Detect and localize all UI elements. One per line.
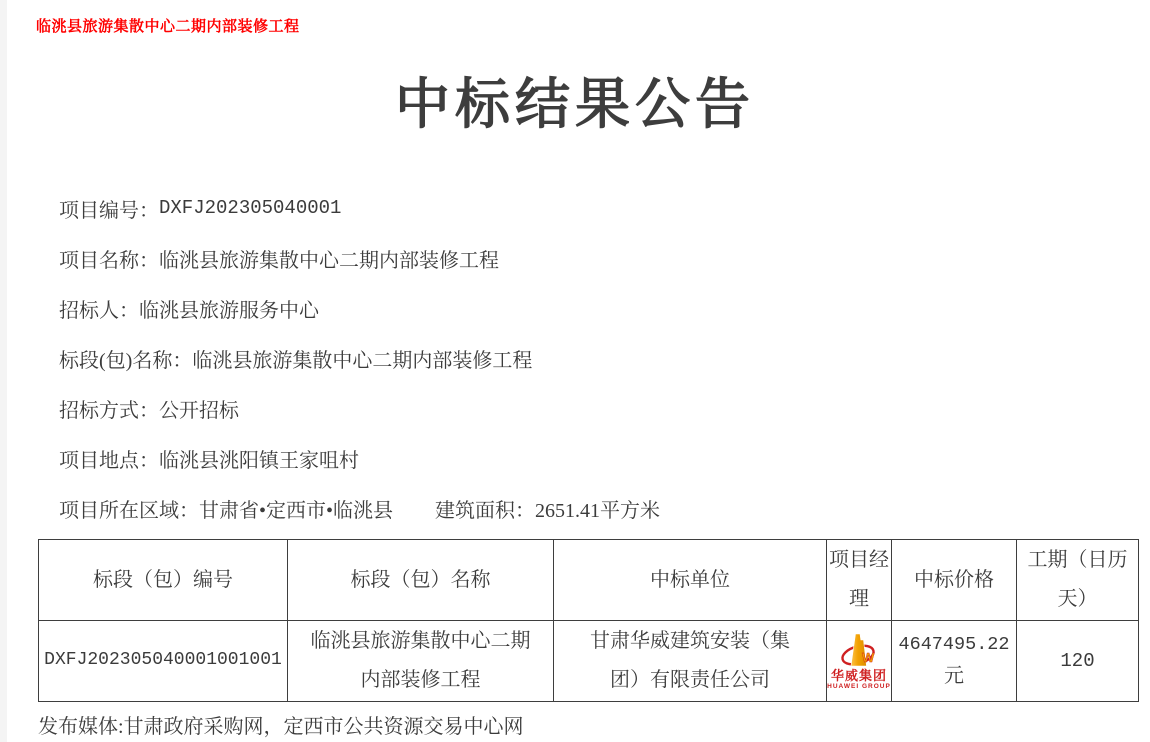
cell-duration: 120 — [1017, 621, 1139, 702]
cell-bid-price: 4647495.22 元 — [892, 621, 1017, 702]
info-line-section-name: 标段(包)名称：临洮县旅游集散中心二期内部装修工程 — [0, 333, 1150, 383]
logo-subtitle-text: HUAWEI GROUP — [827, 683, 891, 690]
table-row: DXFJ202305040001001001 临洮县旅游集散中心二期内部装修工程… — [39, 621, 1139, 702]
field-value: 临洮县旅游集散中心二期内部装修工程 — [192, 344, 532, 373]
project-info-block: 项目编号：DXFJ202305040001 项目名称：临洮县旅游集散中心二期内部… — [0, 183, 1150, 533]
svg-text:W: W — [862, 650, 875, 665]
field-label: 项目地点： — [59, 444, 159, 473]
info-line-project-code: 项目编号：DXFJ202305040001 — [0, 183, 1150, 233]
field-value: 甘肃省•定西市•临洮县 — [199, 494, 393, 523]
col-header-bid-price: 中标价格 — [892, 540, 1017, 621]
bid-price-amount: 4647495.22 — [893, 630, 1015, 660]
huawei-group-logo: W 华威集团 HUAWEI GROUP — [828, 630, 890, 692]
winner-name-text: 甘肃华威建筑安装（集团）有限责任公司 — [582, 622, 798, 700]
field-label: 项目编号： — [59, 194, 159, 223]
field-value: 临洮县旅游服务中心 — [139, 294, 319, 323]
info-line-tenderee: 招标人：临洮县旅游服务中心 — [0, 283, 1150, 333]
cell-winner: 甘肃华威建筑安装（集团）有限责任公司 — [554, 621, 827, 702]
col-header-section-code: 标段（包）编号 — [39, 540, 288, 621]
bid-result-table: 标段（包）编号 标段（包）名称 中标单位 项目经理 中标价格 工期（日历天） D… — [38, 539, 1139, 702]
info-line-region-area: 项目所在区域：甘肃省•定西市•临洮县建筑面积：2651.41平方米 — [0, 483, 1150, 533]
field-label: 标段(包)名称： — [59, 344, 192, 373]
logo-name-text: 华威集团 — [831, 669, 887, 683]
publish-media-label: 发布媒体: — [38, 716, 124, 738]
info-line-bid-method: 招标方式：公开招标 — [0, 383, 1150, 433]
huawei-group-logo-icon: W — [833, 632, 885, 668]
col-header-winner: 中标单位 — [554, 540, 827, 621]
field-label: 招标方式： — [59, 394, 159, 423]
project-title-link[interactable]: 临洮县旅游集散中心二期内部装修工程 — [36, 15, 300, 36]
field-label: 项目所在区域： — [59, 494, 199, 523]
page-title: 中标结果公告 — [0, 60, 1150, 139]
col-header-project-manager: 项目经理 — [827, 540, 892, 621]
field-value: 2651.41平方米 — [535, 494, 660, 523]
field-label: 项目名称： — [59, 244, 159, 273]
field-value: 公开招标 — [159, 394, 239, 423]
cell-section-code: DXFJ202305040001001001 — [39, 621, 288, 702]
field-value: 临洮县旅游集散中心二期内部装修工程 — [159, 244, 499, 273]
col-header-section-name: 标段（包）名称 — [288, 540, 554, 621]
col-header-duration: 工期（日历天） — [1017, 540, 1139, 621]
field-label: 建筑面积： — [435, 494, 535, 523]
duration-value: 120 — [1060, 650, 1094, 672]
field-value: DXFJ202305040001 — [159, 197, 341, 219]
info-line-project-site: 项目地点：临洮县洮阳镇王家咀村 — [0, 433, 1150, 483]
publish-media-value: 甘肃政府采购网，定西市公共资源交易中心网 — [124, 716, 524, 738]
section-name-text: 临洮县旅游集散中心二期内部装修工程 — [304, 622, 538, 700]
page-left-edge — [0, 0, 7, 742]
field-label: 招标人： — [59, 294, 139, 323]
field-value: 临洮县洮阳镇王家咀村 — [159, 444, 359, 473]
cell-section-name: 临洮县旅游集散中心二期内部装修工程 — [288, 621, 554, 702]
info-line-project-name: 项目名称：临洮县旅游集散中心二期内部装修工程 — [0, 233, 1150, 283]
bid-price-unit: 元 — [893, 660, 1015, 692]
table-header-row: 标段（包）编号 标段（包）名称 中标单位 项目经理 中标价格 工期（日历天） — [39, 540, 1139, 621]
cell-project-manager: W 华威集团 HUAWEI GROUP — [827, 621, 892, 702]
publish-media-line: 发布媒体:甘肃政府采购网，定西市公共资源交易中心网 — [38, 710, 1150, 739]
